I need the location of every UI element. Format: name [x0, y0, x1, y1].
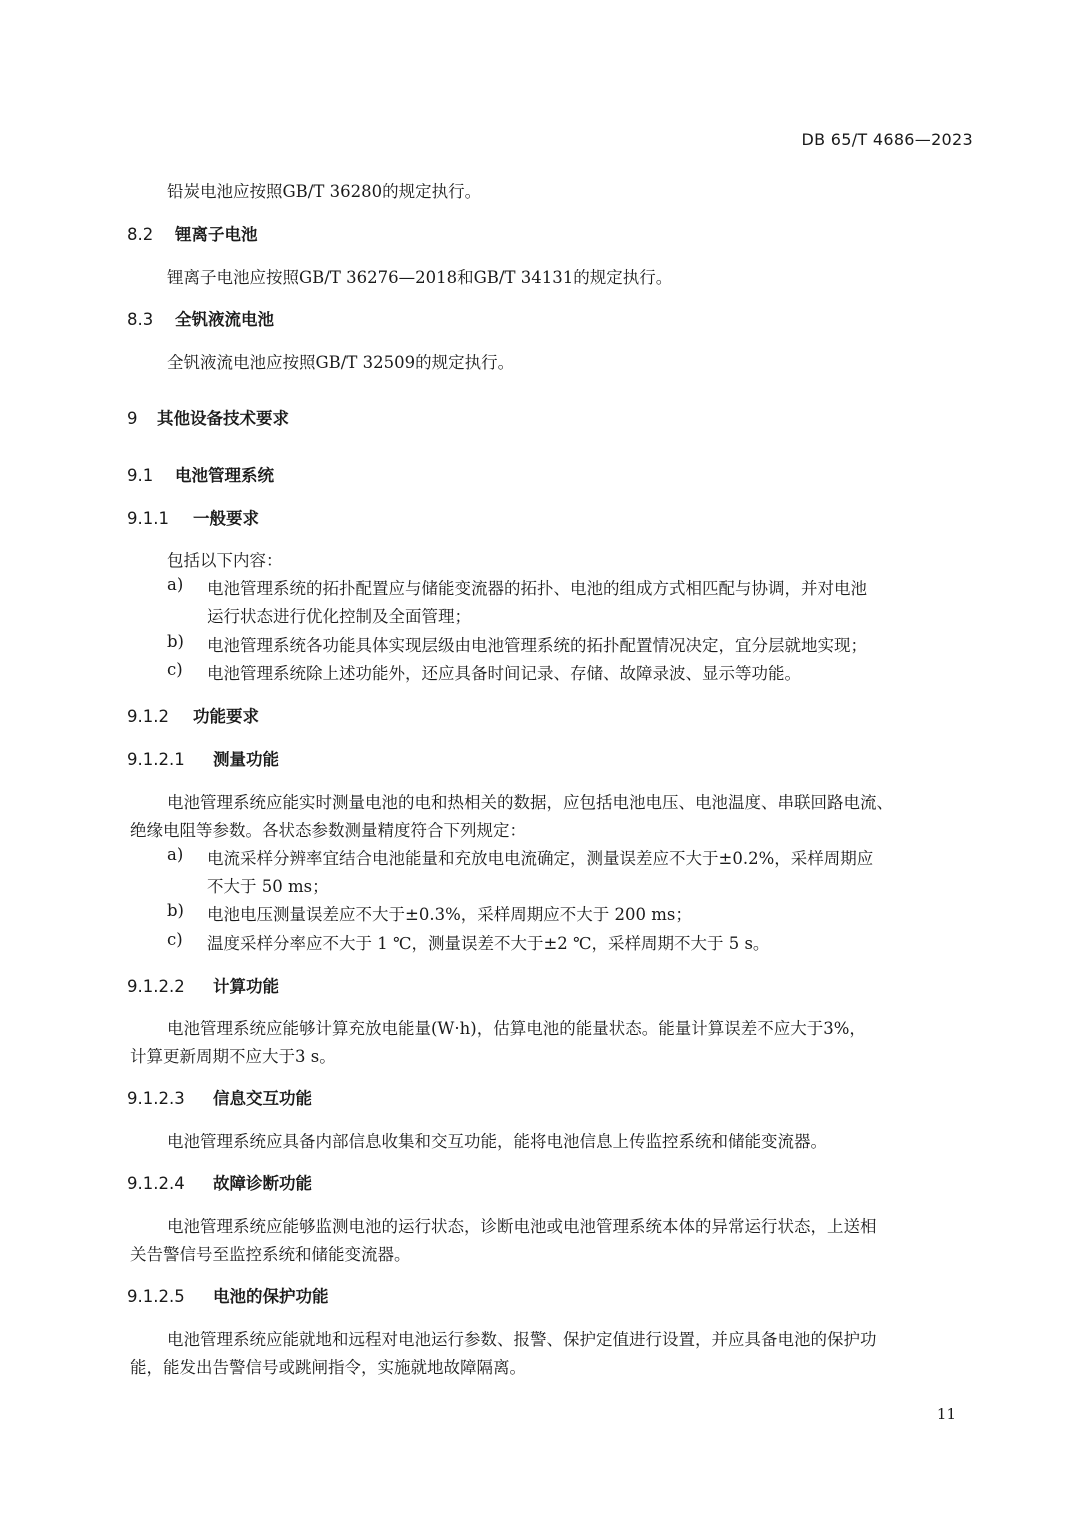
- heading-number: 9.1.2.1: [127, 750, 213, 769]
- heading-8-3: 8.3全钒液流电池: [127, 306, 274, 330]
- list-marker: b): [167, 632, 184, 651]
- heading-number: 9.1.2.4: [127, 1174, 213, 1193]
- paragraph-measure-2: 绝缘电阻等参数。各状态参数测量精度符合下列规定：: [130, 817, 526, 841]
- heading-number: 9.1.2.2: [127, 977, 213, 996]
- heading-title: 全钒液流电池: [175, 310, 274, 329]
- heading-9-1-2-5: 9.1.2.5电池的保护功能: [127, 1283, 329, 1307]
- heading-number: 9.1: [127, 466, 175, 485]
- heading-title: 故障诊断功能: [213, 1174, 312, 1193]
- heading-title: 测量功能: [213, 750, 279, 769]
- document-code: DB 65/T 4686—2023: [801, 130, 973, 149]
- heading-number: 8.2: [127, 225, 175, 244]
- heading-title: 功能要求: [193, 707, 259, 726]
- list-item-text: 电池管理系统各功能具体实现层级由电池管理系统的拓扑配置情况决定，宜分层就地实现；: [207, 632, 867, 656]
- list-item-text: 电池电压测量误差应不大于±0.3%，采样周期应不大于 200 ms；: [207, 901, 692, 925]
- list-item-text: 电池管理系统的拓扑配置应与储能变流器的拓扑、电池的组成方式相匹配与协调，并对电池: [207, 575, 867, 599]
- paragraph-8-2: 锂离子电池应按照GB/T 36276—2018和GB/T 34131的规定执行。: [167, 264, 672, 288]
- paragraph-protect-1: 电池管理系统应能就地和远程对电池运行参数、报警、保护定值进行设置，并应具备电池的…: [167, 1326, 877, 1350]
- heading-9-1-2-2: 9.1.2.2计算功能: [127, 973, 279, 997]
- heading-number: 9.1.1: [127, 509, 193, 528]
- paragraph-lead-carbon: 铅炭电池应按照GB/T 36280的规定执行。: [167, 178, 481, 202]
- list-item-text: 运行状态进行优化控制及全面管理；: [207, 603, 471, 627]
- heading-9-1-2-4: 9.1.2.4故障诊断功能: [127, 1170, 312, 1194]
- paragraph-fault-1: 电池管理系统应能够监测电池的运行状态，诊断电池或电池管理系统本体的异常运行状态，…: [167, 1213, 877, 1237]
- heading-number: 8.3: [127, 310, 175, 329]
- heading-title: 计算功能: [213, 977, 279, 996]
- paragraph-calc-2: 计算更新周期不应大于3 s。: [130, 1043, 336, 1067]
- list-marker: b): [167, 901, 184, 920]
- page-number: 11: [937, 1405, 956, 1423]
- heading-9-1-2-3: 9.1.2.3信息交互功能: [127, 1085, 312, 1109]
- list-item-text: 不大于 50 ms；: [207, 873, 329, 897]
- heading-9-1: 9.1电池管理系统: [127, 462, 274, 486]
- heading-title: 电池的保护功能: [213, 1287, 329, 1306]
- paragraph-info: 电池管理系统应具备内部信息收集和交互功能，能将电池信息上传监控系统和储能变流器。: [167, 1128, 827, 1152]
- heading-title: 信息交互功能: [213, 1089, 312, 1108]
- heading-9-1-1: 9.1.1一般要求: [127, 505, 259, 529]
- paragraph-fault-2: 关告警信号至监控系统和储能变流器。: [130, 1241, 411, 1265]
- list-marker: c): [167, 660, 183, 679]
- heading-8-2: 8.2锂离子电池: [127, 221, 258, 245]
- heading-number: 9.1.2.3: [127, 1089, 213, 1108]
- list-marker: a): [167, 845, 183, 864]
- list-marker: a): [167, 575, 183, 594]
- paragraph-measure-1: 电池管理系统应能实时测量电池的电和热相关的数据，应包括电池电压、电池温度、串联回…: [167, 789, 893, 813]
- list-item-text: 电流采样分辨率宜结合电池能量和充放电电流确定，测量误差应不大于±0.2%，采样周…: [207, 845, 873, 869]
- list-item-text: 温度采样分率应不大于 1 ℃，测量误差不大于±2 ℃，采样周期不大于 5 s。: [207, 930, 769, 954]
- heading-title: 一般要求: [193, 509, 259, 528]
- heading-number: 9.1.2: [127, 707, 193, 726]
- heading-9-1-2-1: 9.1.2.1测量功能: [127, 746, 279, 770]
- paragraph-intro: 包括以下内容：: [167, 547, 283, 571]
- paragraph-calc-1: 电池管理系统应能够计算充放电能量(W·h)，估算电池的能量状态。能量计算误差不应…: [167, 1015, 866, 1039]
- paragraph-8-3: 全钒液流电池应按照GB/T 32509的规定执行。: [167, 349, 514, 373]
- heading-9: 9其他设备技术要求: [127, 405, 289, 429]
- heading-number: 9: [127, 409, 157, 428]
- paragraph-protect-2: 能，能发出告警信号或跳闸指令，实施就地故障隔离。: [130, 1354, 526, 1378]
- heading-title: 其他设备技术要求: [157, 409, 289, 428]
- list-marker: c): [167, 930, 183, 949]
- heading-title: 电池管理系统: [175, 466, 274, 485]
- heading-9-1-2: 9.1.2功能要求: [127, 703, 259, 727]
- heading-title: 锂离子电池: [175, 225, 258, 244]
- heading-number: 9.1.2.5: [127, 1287, 213, 1306]
- list-item-text: 电池管理系统除上述功能外，还应具备时间记录、存储、故障录波、显示等功能。: [207, 660, 801, 684]
